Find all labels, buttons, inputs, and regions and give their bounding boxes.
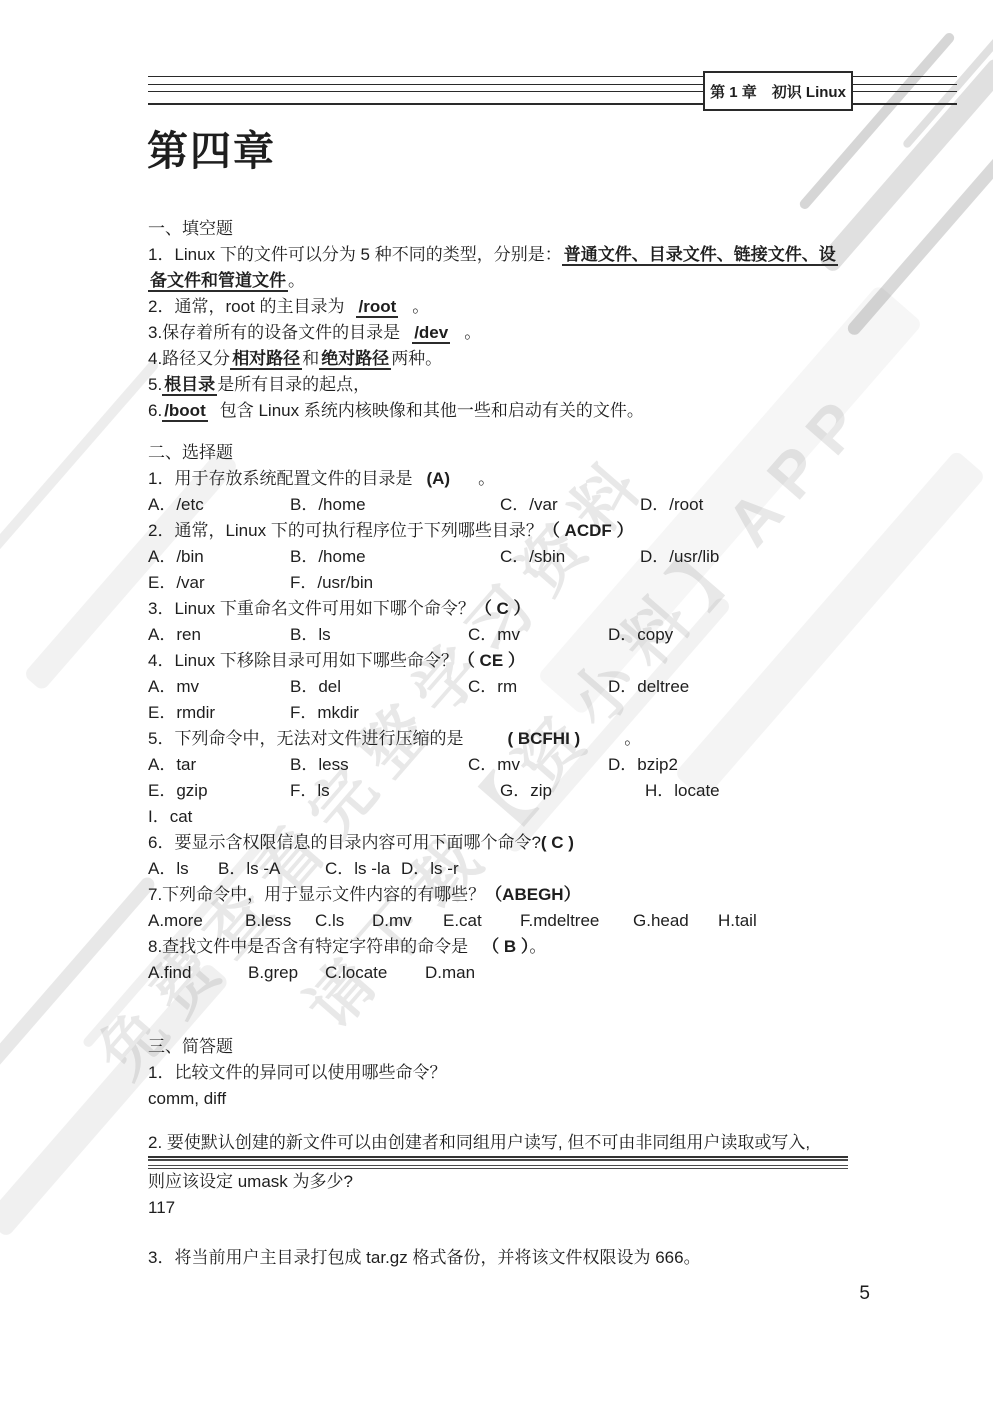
- choice-q5-stem: 5．下列命令中，无法对文件进行压缩的是( BCFHI )。: [148, 726, 848, 752]
- option: I．cat: [148, 804, 192, 830]
- option: C．rm: [468, 674, 608, 700]
- option: B．ls: [290, 622, 468, 648]
- fill-q4-end: 两种。: [391, 349, 442, 368]
- choice-q6-answer: ( C ): [541, 833, 574, 852]
- double-rule: [148, 1159, 848, 1166]
- option: D．/root: [640, 492, 703, 518]
- choice-q6-text: 6．要显示含权限信息的目录内容可用下面哪个命令?: [148, 833, 541, 852]
- option: C．/var: [500, 492, 640, 518]
- choice-q5-period: 。: [624, 729, 641, 748]
- option: F．/usr/bin: [290, 570, 500, 596]
- short-a2: 117: [148, 1195, 848, 1221]
- document-page: 免费查看完整学习资料 请下载【资小料】APP 第 1 章 初识 Linux 第四…: [0, 0, 993, 1404]
- option: B．less: [290, 752, 468, 778]
- watermark-streak: [798, 31, 956, 211]
- short-a1: comm, diff: [148, 1086, 848, 1112]
- choice-q7-text: 7.下列命令中，用于显示文件内容的有哪些？: [148, 885, 485, 904]
- choice-q4-answer: （ CE ）: [458, 651, 525, 670]
- option: F．mkdir: [290, 700, 468, 726]
- option: B.grep: [248, 960, 325, 986]
- option: F.mdeltree: [520, 908, 633, 934]
- option: A．tar: [148, 752, 290, 778]
- fill-q4-mid: 和: [302, 349, 319, 368]
- choice-q4-text: 4．Linux 下移除目录可用如下哪些命令？: [148, 651, 458, 670]
- choice-q2-options-row1: A．/binB．/homeC．/sbinD．/usr/lib: [148, 544, 848, 570]
- watermark-streak: [0, 359, 160, 562]
- fill-q4-answer2: 绝对路径: [319, 349, 391, 370]
- choice-q5-options-row2: E．gzipF．lsG．zipH．locate: [148, 778, 848, 804]
- option: H．locate: [645, 778, 720, 804]
- choice-q3-options-row: A．renB．lsC．mvD．copy: [148, 622, 848, 648]
- fill-q2-period: 。: [412, 297, 429, 316]
- short-q2-line1-text: 2. 要使默认创建的新文件可以由创建者和同组用户读写, 但不可由非同组用户读取或…: [148, 1130, 848, 1158]
- fill-q2-answer: /root: [356, 297, 398, 318]
- fill-q5-answer: 根目录: [162, 375, 217, 396]
- option: F．ls: [290, 778, 500, 804]
- short-q2-line2: 则应该设定 umask 为多少?: [148, 1168, 848, 1195]
- fill-q2-stem: 2．通常，root 的主目录为: [148, 297, 344, 316]
- fill-q3: 3.保存着所有的设备文件的目录是/dev。: [148, 320, 848, 346]
- fill-q6: 6./boot包含 Linux 系统内核映像和其他一些和启动有关的文件。: [148, 398, 848, 424]
- section-heading-fill: 一、填空题: [148, 216, 848, 242]
- running-head-box: 第 1 章 初识 Linux: [703, 71, 853, 111]
- running-head-title: 第 1 章 初识 Linux: [710, 81, 846, 102]
- fill-q6-number: 6.: [148, 401, 162, 420]
- option: E．/var: [148, 570, 290, 596]
- choice-q8-text: 8.查找文件中是否含有特定字符串的命令是: [148, 937, 468, 956]
- option: D．/usr/lib: [640, 544, 719, 570]
- option: A．mv: [148, 674, 290, 700]
- choice-q1-stem: 1．用于存放系统配置文件的目录是(A)。: [148, 466, 848, 492]
- choice-q2-options-row2: E．/varF．/usr/bin: [148, 570, 848, 596]
- fill-q1-line2: 备文件和管道文件。: [148, 268, 848, 294]
- choice-q1-period: 。: [478, 469, 495, 488]
- section-heading-choice: 二、选择题: [148, 440, 848, 466]
- fill-q1-answer-part2: 备文件和管道文件: [148, 271, 288, 292]
- option: B.less: [245, 908, 315, 934]
- fill-q1-line1: 1．Linux 下的文件可以分为 5 种不同的类型，分别是：普通文件、目录文件、…: [148, 242, 848, 268]
- option: D.man: [425, 960, 475, 986]
- choice-q1-answer: (A): [426, 469, 450, 488]
- option: C．mv: [468, 622, 608, 648]
- option: C．ls -la: [325, 856, 401, 882]
- option: C.ls: [315, 908, 372, 934]
- option: B．/home: [290, 544, 500, 570]
- page-number: 5: [859, 1283, 870, 1305]
- fill-q1-period: 。: [288, 271, 305, 290]
- fill-q5: 5.根目录是所有目录的起点，: [148, 372, 848, 398]
- fill-q4-stem: 4.路径又分: [148, 349, 230, 368]
- choice-q8-stem: 8.查找文件中是否含有特定字符串的命令是（ B ）。: [148, 934, 848, 960]
- fill-q1-answer-part1: 普通文件、目录文件、链接文件、设: [562, 245, 838, 266]
- choice-q8-period: 。: [529, 937, 546, 956]
- fill-q4-answer1: 相对路径: [230, 349, 302, 370]
- choice-q6-options-row: A．lsB．ls -AC．ls -laD．ls -r: [148, 856, 848, 882]
- page-header: 第 1 章 初识 Linux: [148, 76, 957, 110]
- option: A．/etc: [148, 492, 290, 518]
- choice-q7-answer: （ABEGH）: [485, 885, 580, 904]
- choice-q4-stem: 4．Linux 下移除目录可用如下哪些命令？（ CE ）: [148, 648, 848, 674]
- choice-q8-answer: （ B ）: [482, 937, 529, 956]
- option: B．ls -A: [218, 856, 325, 882]
- choice-q5-text: 5．下列命令中，无法对文件进行压缩的是: [148, 729, 463, 748]
- choice-q4-options-row2: E．rmdirF．mkdir: [148, 700, 848, 726]
- choice-q5-answer: ( BCFHI ): [507, 729, 580, 748]
- fill-q6-answer: /boot: [162, 401, 208, 422]
- choice-q5-options-row1: A．tarB．lessC．mvD．bzip2: [148, 752, 848, 778]
- option: G.head: [633, 908, 718, 934]
- option: B．del: [290, 674, 468, 700]
- option: C．/sbin: [500, 544, 640, 570]
- choice-q6-stem: 6．要显示含权限信息的目录内容可用下面哪个命令?( C ): [148, 830, 848, 856]
- section-heading-short: 三、简答题: [148, 1034, 848, 1060]
- choice-q3-stem: 3．Linux 下重命名文件可用如下哪个命令？（ C ）: [148, 596, 848, 622]
- fill-q4: 4.路径又分相对路径和绝对路径两种。: [148, 346, 848, 372]
- option: C.locate: [325, 960, 425, 986]
- choice-q7-options-row: A.moreB.lessC.lsD.mvE.catF.mdeltreeG.hea…: [148, 908, 848, 934]
- choice-q3-text: 3．Linux 下重命名文件可用如下哪个命令？: [148, 599, 475, 618]
- option: C．mv: [468, 752, 608, 778]
- option: H.tail: [718, 908, 757, 934]
- option: G．zip: [500, 778, 645, 804]
- option: D.mv: [372, 908, 443, 934]
- option: A.find: [148, 960, 248, 986]
- fill-q2: 2．通常，root 的主目录为/root。: [148, 294, 848, 320]
- option: A．/bin: [148, 544, 290, 570]
- short-q2-block: 2. 要使默认创建的新文件可以由创建者和同组用户读写, 但不可由非同组用户读取或…: [148, 1130, 848, 1221]
- fill-q5-end: 是所有目录的起点，: [217, 375, 370, 394]
- option: A．ls: [148, 856, 218, 882]
- fill-q5-number: 5.: [148, 375, 162, 394]
- choice-q2-answer: （ ACDF ）: [543, 521, 634, 540]
- choice-q3-answer: （ C ）: [475, 599, 531, 618]
- option: A.more: [148, 908, 245, 934]
- option: D．ls -r: [401, 856, 459, 882]
- page-body: 一、填空题 1．Linux 下的文件可以分为 5 种不同的类型，分别是：普通文件…: [148, 216, 848, 1271]
- chapter-title: 第四章: [147, 118, 276, 177]
- option: D．copy: [608, 622, 673, 648]
- choice-q8-options-row: A.findB.grepC.locateD.man: [148, 960, 848, 986]
- option: D．bzip2: [608, 752, 678, 778]
- short-q3: 3．将当前用户主目录打包成 tar.gz 格式备份，并将该文件权限设为 666。: [148, 1245, 848, 1271]
- choice-q1-options-row: A．/etcB．/homeC．/varD．/root: [148, 492, 848, 518]
- choice-q2-text: 2．通常，Linux 下的可执行程序位于下列哪些目录？: [148, 521, 543, 540]
- choice-q1-text: 1．用于存放系统配置文件的目录是: [148, 469, 412, 488]
- fill-q3-period: 。: [464, 323, 481, 342]
- option: B．/home: [290, 492, 500, 518]
- short-q1: 1．比较文件的异同可以使用哪些命令？: [148, 1060, 848, 1086]
- short-q2-line1: 2. 要使默认创建的新文件可以由创建者和同组用户读写, 但不可由非同组用户读取或…: [148, 1130, 848, 1158]
- choice-q2-stem: 2．通常，Linux 下的可执行程序位于下列哪些目录？（ ACDF ）: [148, 518, 848, 544]
- option: E.cat: [443, 908, 520, 934]
- fill-q3-answer: /dev: [412, 323, 450, 344]
- option: E．rmdir: [148, 700, 290, 726]
- fill-q6-end: 包含 Linux 系统内核映像和其他一些和启动有关的文件。: [220, 401, 644, 420]
- choice-q7-stem: 7.下列命令中，用于显示文件内容的有哪些？（ABEGH）: [148, 882, 848, 908]
- fill-q1-stem: 1．Linux 下的文件可以分为 5 种不同的类型，分别是：: [148, 245, 562, 264]
- choice-q4-options-row1: A．mvB．delC．rmD．deltree: [148, 674, 848, 700]
- choice-q5-options-row3: I．cat: [148, 804, 848, 830]
- fill-q3-stem: 3.保存着所有的设备文件的目录是: [148, 323, 400, 342]
- option: D．deltree: [608, 674, 689, 700]
- option: A．ren: [148, 622, 290, 648]
- option: E．gzip: [148, 778, 290, 804]
